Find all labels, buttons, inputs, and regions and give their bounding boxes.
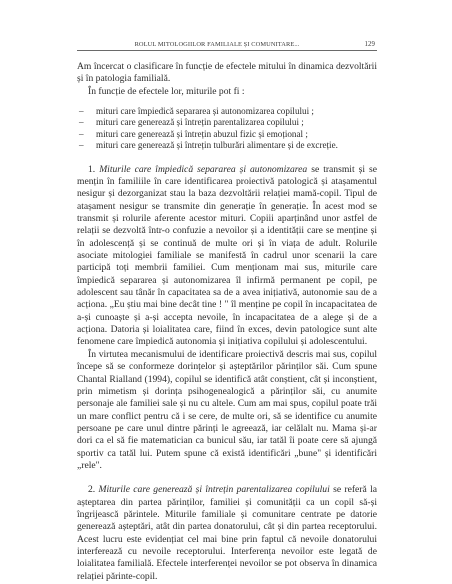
running-title: ROLUL MITOLOGIILOR FAMILIALE ȘI COMUNITA…	[77, 41, 377, 48]
header-rule	[77, 50, 377, 51]
myth-types-list: –mituri care împiedică separarea și auto…	[77, 106, 377, 152]
dash-bullet: –	[79, 106, 84, 117]
dash-bullet: –	[79, 140, 84, 151]
list-item: –mituri care generează și întrețin paren…	[77, 117, 377, 128]
dash-bullet: –	[79, 117, 84, 128]
section-number: 2.	[88, 484, 95, 495]
section-1: 1. Miturile care împiedică separarea și …	[77, 164, 377, 473]
page-number: 129	[365, 41, 376, 48]
section-1-paragraph-1: 1. Miturile care împiedică separarea și …	[77, 164, 377, 349]
section-heading-italic: Miturile care împiedică separarea și aut…	[99, 164, 307, 175]
book-page: ROLUL MITOLOGIILOR FAMILIALE ȘI COMUNITA…	[77, 38, 377, 583]
section-2-paragraph-1: 2. Miturile care generează și întrețin p…	[77, 484, 377, 583]
list-item: –mituri care generează și întrețin abuzu…	[77, 129, 377, 140]
list-item: –mituri care împiedică separarea și auto…	[77, 106, 377, 117]
running-header: ROLUL MITOLOGIILOR FAMILIALE ȘI COMUNITA…	[77, 38, 377, 50]
intro-paragraph: Am încercat o clasificare în funcție de …	[77, 61, 377, 86]
section-1-paragraph-2: În virtutea mecanismului de identificare…	[77, 349, 377, 472]
dash-bullet: –	[79, 129, 84, 140]
section-heading-italic: Miturile care generează și întrețin pare…	[99, 484, 330, 495]
list-item: –mituri care generează și întrețin tulbu…	[77, 140, 377, 151]
body-text: Am încercat o clasificare în funcție de …	[77, 61, 377, 583]
section-2: 2. Miturile care generează și întrețin p…	[77, 484, 377, 583]
intro-list-lead: În funcție de efectele lor, miturile pot…	[77, 86, 377, 98]
section-number: 1.	[88, 164, 95, 175]
